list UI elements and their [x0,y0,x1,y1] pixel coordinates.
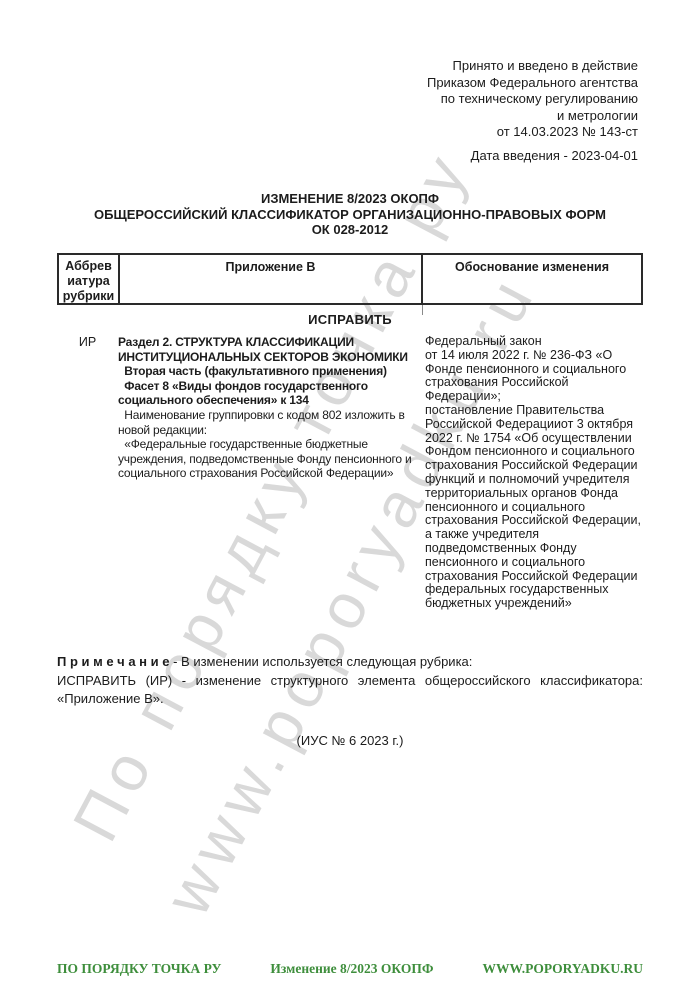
column-header-appendix: Приложение В [120,255,423,303]
footer-site-name: ПО ПОРЯДКУ ТОЧКА РУ [57,961,221,977]
cell-justification-content: Федеральный закон от 14 июля 2022 г. № 2… [421,335,643,611]
note-block: П р и м е ч а н и е - В изменении исполь… [57,653,643,709]
appendix-section-heading: Раздел 2. СТРУКТУРА КЛАССИФИКАЦИИ ИНСТИТ… [118,335,421,379]
table-header-row: Аббрев иатура рубрики Приложение В Обосн… [57,253,643,305]
note-label: П р и м е ч а н и е [57,654,169,669]
cell-rubric-code: ИР [57,335,118,611]
note-label-rest: - В изменении используется следующая руб… [169,654,472,669]
note-first-line: П р и м е ч а н и е - В изменении исполь… [57,653,643,672]
acceptance-block: Принято и введено в действие Приказом Фе… [427,58,638,141]
column-header-rubric: Аббрев иатура рубрики [59,255,120,303]
table-row: ИР Раздел 2. СТРУКТУРА КЛАССИФИКАЦИИ ИНС… [57,335,643,611]
appendix-body-text: Наименование группировки с кодом 802 изл… [118,408,421,481]
column-header-justification: Обоснование изменения [423,255,641,303]
table-border-artifact [422,305,423,315]
content-layer: Принято и введено в действие Приказом Фе… [0,0,700,990]
appendix-facet-heading: Фасет 8 «Виды фондов государственного со… [118,379,421,408]
cell-appendix-content: Раздел 2. СТРУКТУРА КЛАССИФИКАЦИИ ИНСТИТ… [118,335,421,611]
document-title: ИЗМЕНЕНИЕ 8/2023 ОКОПФ ОБЩЕРОССИЙСКИЙ КЛ… [0,191,700,238]
note-last-line: «Приложение В». [57,690,643,709]
ius-reference: (ИУС № 6 2023 г.) [0,733,700,748]
introduction-date: Дата введения - 2023-04-01 [471,148,638,163]
note-justified-line: ИСПРАВИТЬ (ИР) - изменение структурного … [57,672,643,691]
footer-site-url: WWW.POPORYADKU.RU [482,961,643,977]
page-footer: ПО ПОРЯДКУ ТОЧКА РУ Изменение 8/2023 ОКО… [57,961,643,977]
footer-document-name: Изменение 8/2023 ОКОПФ [270,961,433,977]
document-page: По порядку точка ру www.poporyadku.ru Пр… [0,0,700,990]
section-label-correct: ИСПРАВИТЬ [57,312,643,327]
changes-table: Аббрев иатура рубрики Приложение В Обосн… [57,253,643,611]
